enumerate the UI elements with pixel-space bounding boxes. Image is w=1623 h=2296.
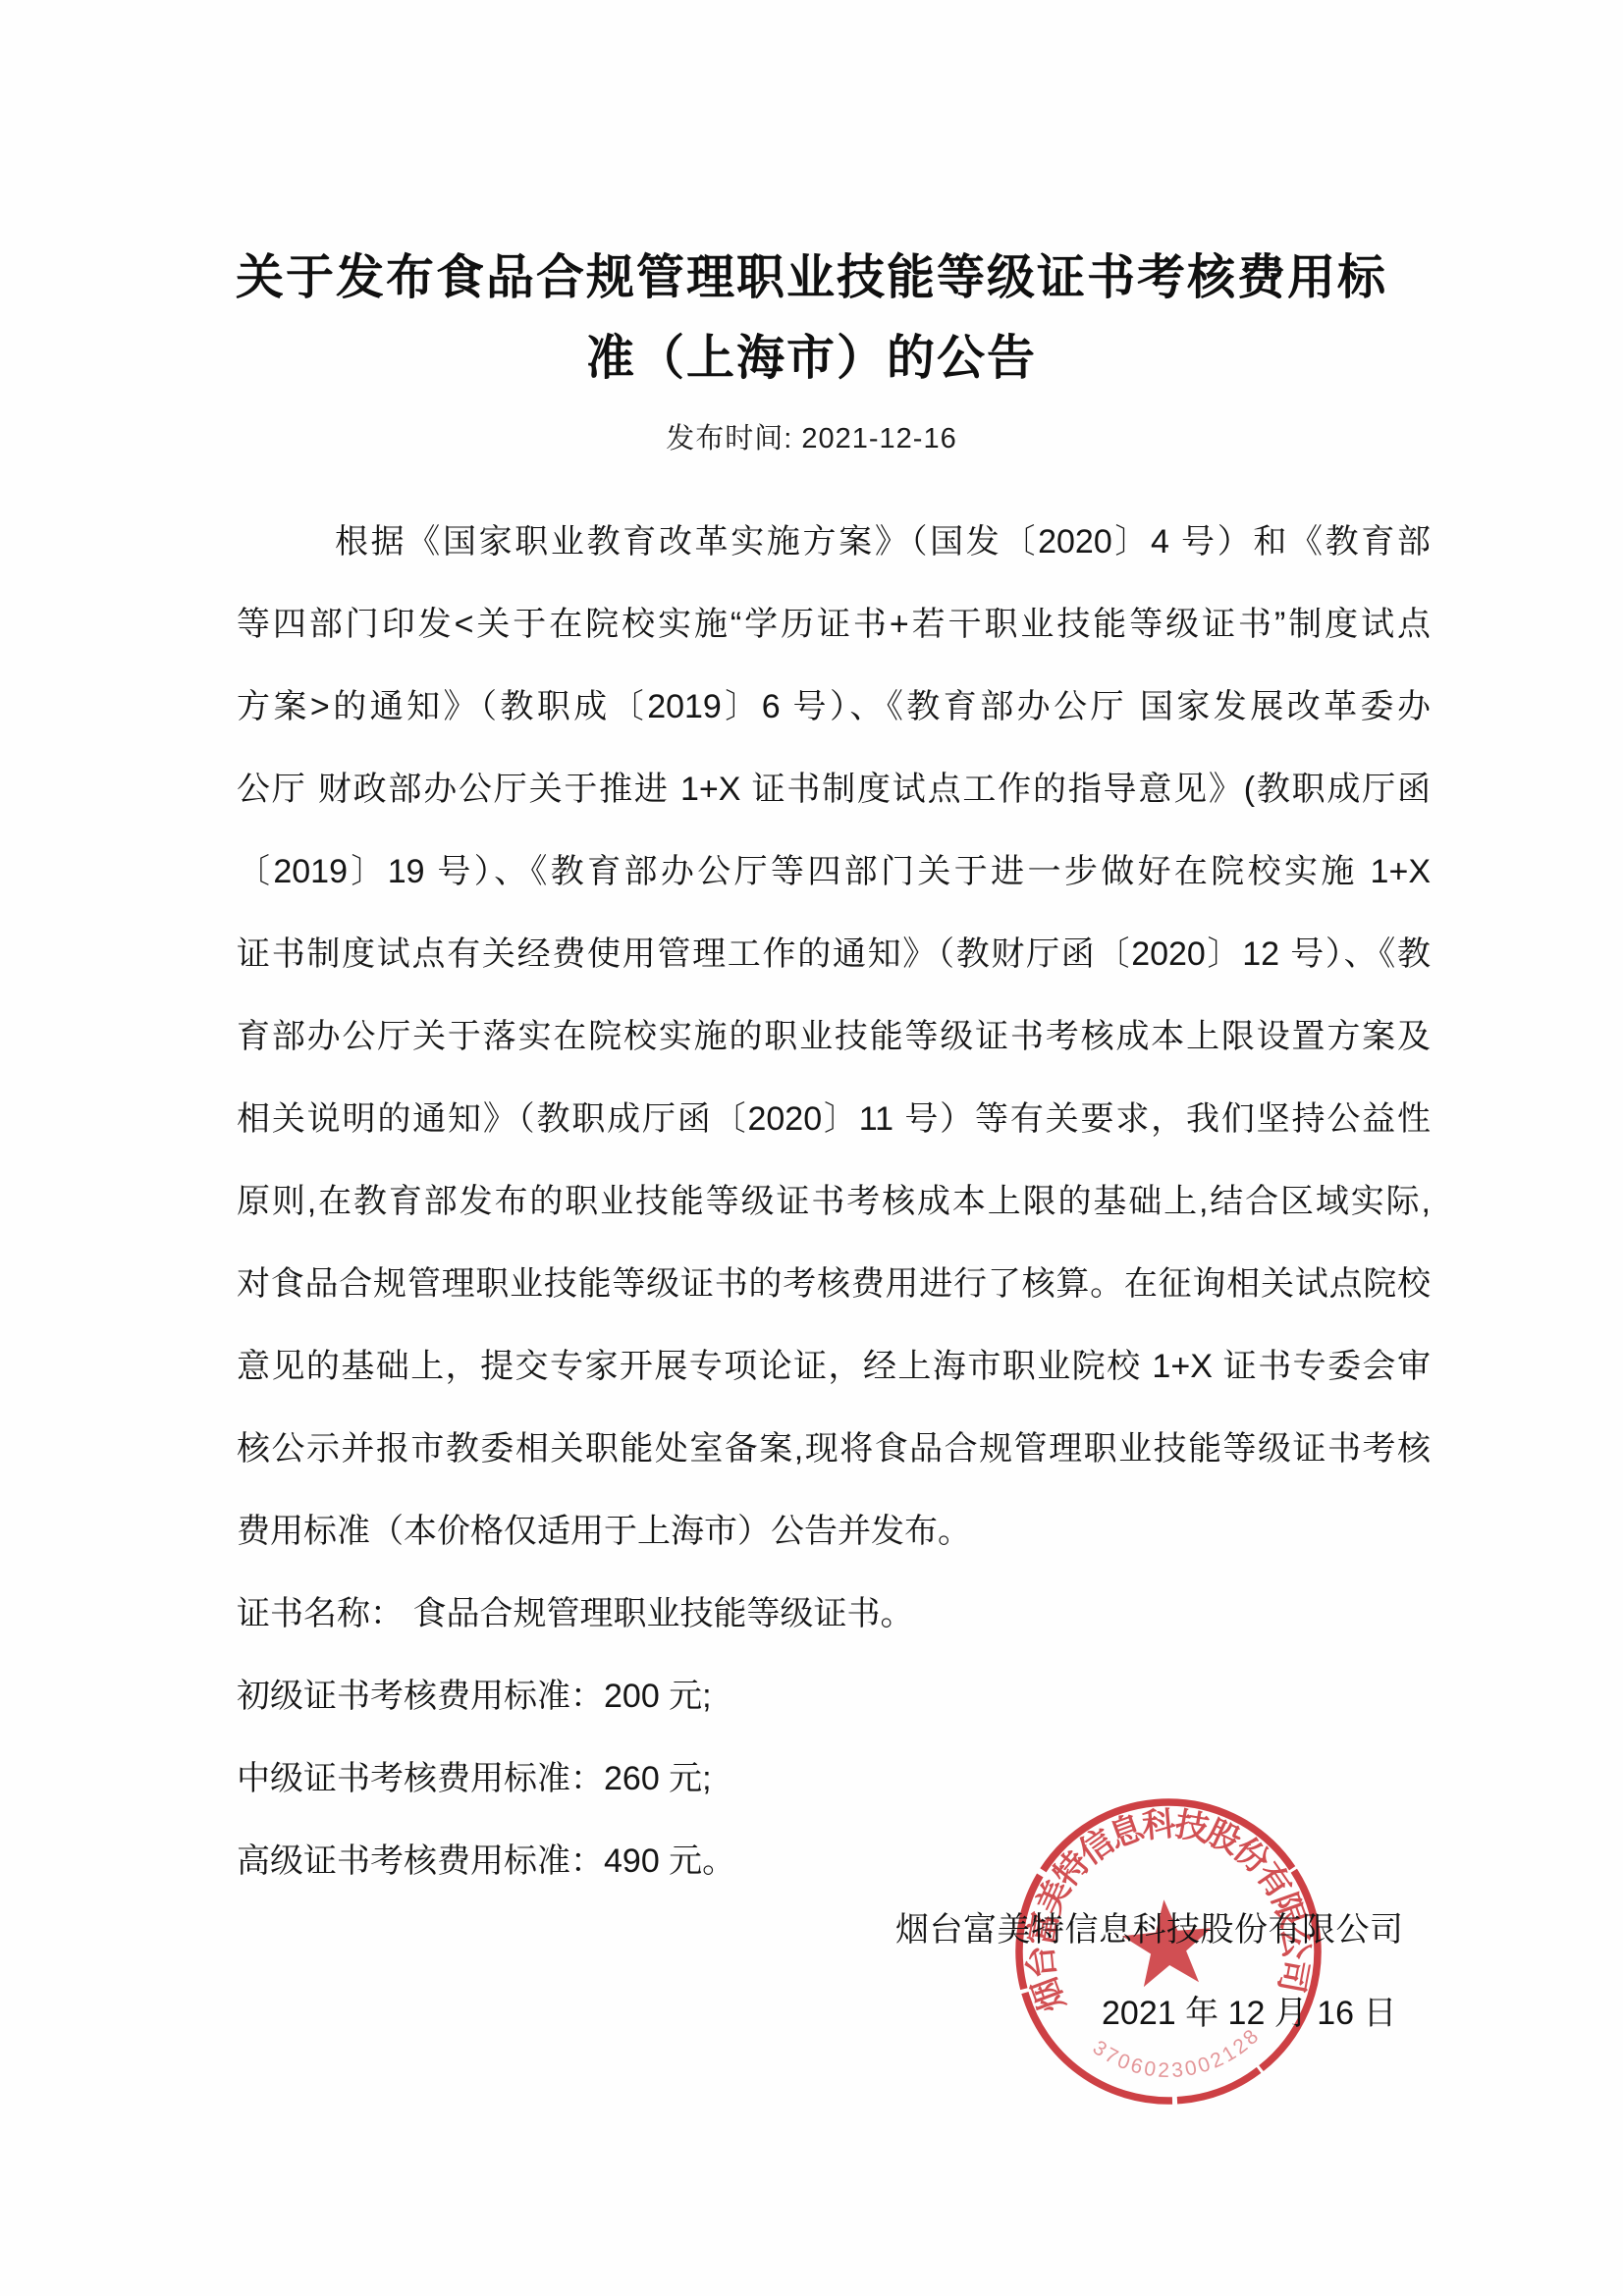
body-line: 公厅 财政部办公厅关于推进 1+X 证书制度试点工作的指导意见》(教职成厅函 bbox=[237, 748, 1431, 830]
body-line: 〔2019〕19 号）、《教育部办公厅等四部门关于进一步做好在院校实施 1+X bbox=[237, 830, 1431, 913]
certificate-name-line: 证书名称： 食品合规管理职业技能等级证书。 bbox=[237, 1573, 1431, 1655]
body-line: 原则,在教育部发布的职业技能等级证书考核成本上限的基础上,结合区域实际, bbox=[237, 1160, 1431, 1243]
body-text: 根据《国家职业教育改革实施方案》（国发〔2020〕4 号）和《教育部 等四部门印… bbox=[237, 501, 1431, 1902]
company-seal: 烟台富美特信息科技股份有限公司 3706023002128 bbox=[992, 1775, 1345, 2128]
body-line: 育部办公厅关于落实在院校实施的职业技能等级证书考核成本上限设置方案及 bbox=[237, 995, 1431, 1078]
body-line: 费用标准（本价格仅适用于上海市）公告并发布。 bbox=[237, 1490, 1431, 1573]
signature-company: 烟台富美特信息科技股份有限公司 bbox=[895, 1908, 1404, 1951]
body-line: 证书制度试点有关经费使用管理工作的通知》（教财厅函〔2020〕12 号）、《教 bbox=[237, 913, 1431, 995]
signature-date: 2021 年 12 月 16 日 bbox=[1102, 1991, 1397, 2036]
body-line: 意见的基础上，提交专家开展专项论证，经上海市职业院校 1+X 证书专委会审 bbox=[237, 1325, 1431, 1408]
title-line-2: 准（上海市）的公告 bbox=[118, 318, 1505, 399]
body-line: 等四部门印发<关于在院校实施“学历证书+若干职业技能等级证书”制度试点 bbox=[237, 583, 1431, 666]
fee-line-junior: 初级证书考核费用标准：200 元; bbox=[237, 1655, 1431, 1737]
title-line-1: 关于发布食品合规管理职业技能等级证书考核费用标 bbox=[118, 238, 1505, 318]
body-line: 核公示并报市教委相关职能处室备案,现将食品合规管理职业技能等级证书考核 bbox=[237, 1408, 1431, 1490]
body-line: 方案>的通知》（教职成〔2019〕6 号）、《教育部办公厅 国家发展改革委办 bbox=[237, 666, 1431, 748]
body-line: 对食品合规管理职业技能等级证书的考核费用进行了核算。在征询相关试点院校 bbox=[237, 1243, 1431, 1325]
publish-date: 发布时间: 2021-12-16 bbox=[0, 416, 1623, 456]
body-line: 相关说明的通知》（教职成厅函〔2020〕11 号）等有关要求，我们坚持公益性 bbox=[237, 1078, 1431, 1160]
body-line: 根据《国家职业教育改革实施方案》（国发〔2020〕4 号）和《教育部 bbox=[237, 501, 1431, 583]
document-title: 关于发布食品合规管理职业技能等级证书考核费用标 准（上海市）的公告 bbox=[118, 238, 1505, 399]
announcement-document: 关于发布食品合规管理职业技能等级证书考核费用标 准（上海市）的公告 发布时间: … bbox=[0, 0, 1623, 2296]
